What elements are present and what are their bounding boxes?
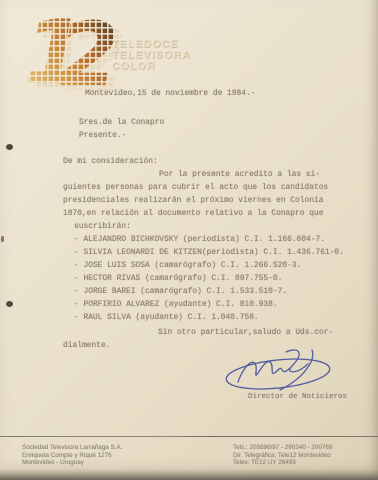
credential-item: - RAUL SILVA (ayudante) C.I. 1.040.758.: [74, 311, 344, 324]
wordmark-line-color: COLOR: [112, 61, 191, 72]
body-line: presidenciales realizarán el próximo vie…: [63, 194, 323, 207]
body-line: 1870,en relación al documento relativo a…: [63, 207, 323, 220]
footer-telex: Telex: TE12 UY 26493: [233, 459, 332, 467]
credential-item: - JOSE LUIS SOSA (camarógrafo) C.I. 1.26…: [74, 259, 344, 272]
paper-speck: [1, 236, 4, 242]
footer-contact-block: Tels.: 205896/97 - 290340 - 200769 Dir. …: [233, 444, 332, 467]
punch-hole-top: [6, 144, 13, 150]
closing-line-1: Sin otro particular,saludo a Uds.cor-: [158, 326, 333, 339]
body-line: suscribirán:: [74, 220, 131, 233]
station-wordmark: TELEDOCE TELEVISORA COLOR: [112, 39, 191, 72]
credential-item: - JORGE BAREI (camarógrafo) C.I. 1.533.5…: [74, 285, 344, 298]
addressee-line-1: Sres.de la Conapro: [79, 116, 164, 129]
footer-phones: Tels.: 205896/97 - 290340 - 200769: [233, 444, 332, 452]
credential-item: - ALEJANDRO BICHKOVSKY (periodista) C.I.…: [74, 233, 344, 246]
footer-company-name: Sociedad Televisora Larrañaga S.A.: [22, 444, 122, 452]
body-line: Por la presente acredito a las si-: [159, 168, 320, 181]
letter-date: Montevideo,15 de noviembre de 1984.-: [85, 87, 255, 100]
addressee-line-2: Presente.-: [79, 129, 126, 142]
svg-text:2: 2: [58, 10, 119, 90]
credential-item: - HECTOR RIVAS (camarógrafo) C.I. 897.75…: [74, 272, 344, 285]
footer-city: Montevideo - Uruguay: [22, 459, 122, 467]
scanned-letter-page: 1 2 1 2 TELEDOCE TELEVISORA COLOR Montev…: [0, 0, 378, 480]
accredited-persons-list: - ALEJANDRO BICHKOVSKY (periodista) C.I.…: [74, 233, 344, 324]
signer-title: Director de Noticieros: [248, 391, 347, 404]
closing-line-2: dialmente.: [63, 339, 110, 352]
footer-company-block: Sociedad Televisora Larrañaga S.A. Enriq…: [22, 444, 122, 467]
teledoce-logo: 1 2 1 2 TELEDOCE TELEVISORA COLOR: [24, 10, 254, 90]
scan-bottom-shadow: [0, 469, 378, 480]
credential-item: - PORFIRIO ALVAREZ (ayudante) C.I. 810.9…: [74, 298, 344, 311]
body-line: guientes personas para cubrir el acto qu…: [63, 181, 328, 194]
footer-divider: [0, 436, 378, 437]
credential-item: - SILVIA LEONARDI DE KITZEN(periodista) …: [74, 246, 344, 259]
salutation: De mi consideración:: [63, 155, 158, 168]
punch-hole-bottom: [6, 301, 13, 307]
handwritten-signature: [220, 344, 360, 396]
